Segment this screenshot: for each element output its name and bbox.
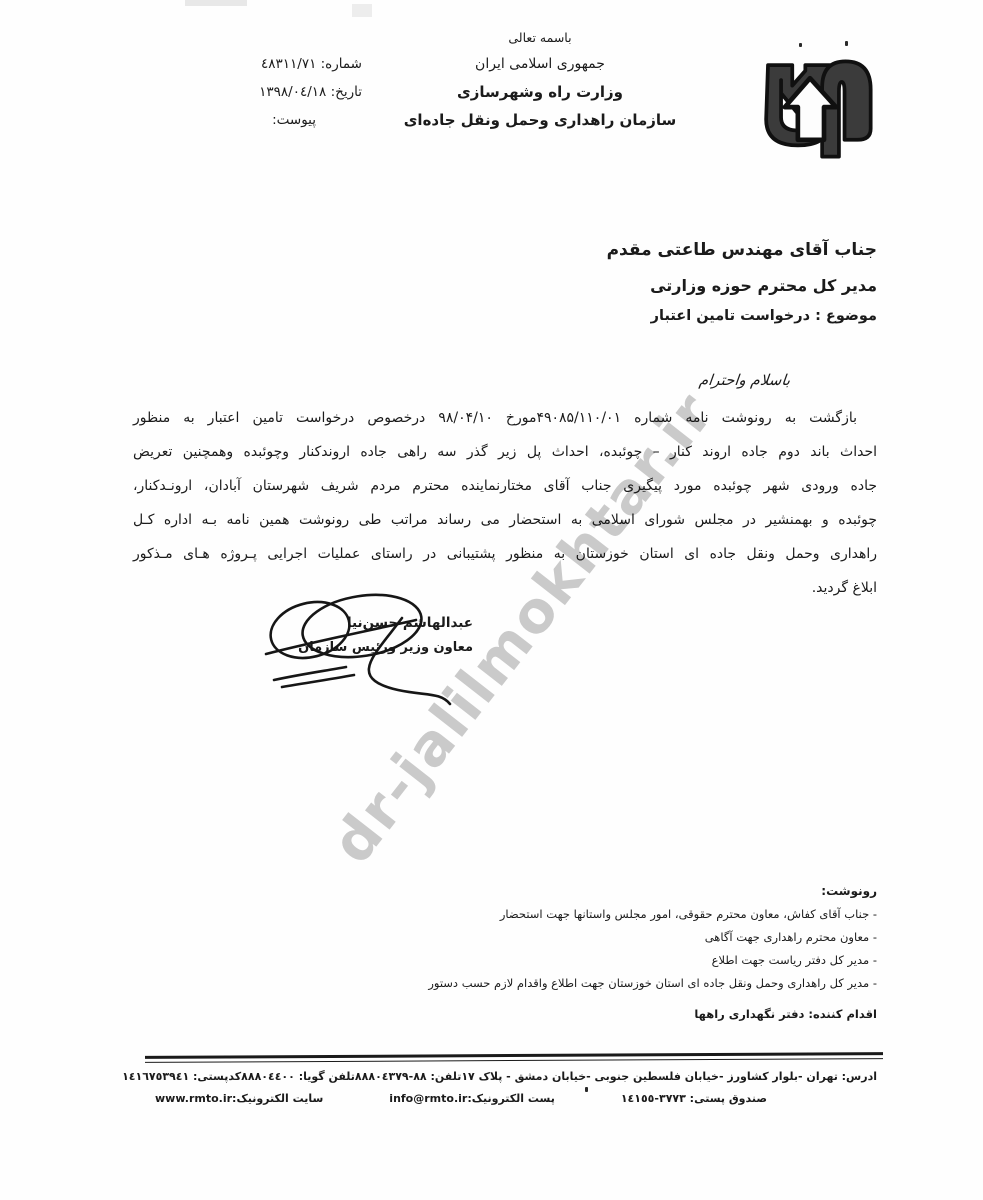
cc-item: - مدیر کل دفتر ریاست جهت اطلاع: [428, 949, 877, 972]
footer-contact-line: ادرس: تهران -بلوار کشاورز -خیابان فلسطین…: [150, 1070, 877, 1083]
rmto-logo-svg: [740, 48, 880, 170]
cc-list: - جناب آقای کفاش، معاون محترم حقوقی، امو…: [428, 903, 877, 995]
scan-smudge: [185, 0, 247, 6]
recipient-name: جناب آقای مهندس طاعتی مقدم: [607, 240, 877, 260]
salutation-text: باسلام واحترام: [698, 371, 791, 389]
body-line: راهداری وحمل ونقل جاده ای استان خوزستان …: [133, 537, 877, 571]
letter-body: بازگشت به رونوشت نامه شماره ۴۹۰۸۵/۱۱۰/۰۱…: [133, 401, 877, 605]
footer-po-box: صندوق پستی: ٣٧٧٣-١٤١٥٥: [621, 1092, 767, 1105]
body-line: جاده ورودی شهر چوئبده مورد پیگیری جناب آ…: [133, 469, 877, 503]
footer-postal-code: کدپستی: ١٤١٦٧٥٣٩٤١: [122, 1070, 241, 1083]
letter-subject: موضوع : درخواست تامین اعتبار: [607, 308, 877, 324]
action-line: اقدام کننده: دفتر نگهداری راهها: [694, 1007, 877, 1021]
body-line: احداث باند دوم جاده اروند کنار – چوئبده،…: [133, 435, 877, 469]
cc-block: رونوشت: - جناب آقای کفاش، معاون محترم حق…: [428, 884, 877, 995]
cc-label: رونوشت:: [428, 884, 877, 898]
cc-item: - جناب آقای کفاش، معاون محترم حقوقی، امو…: [428, 903, 877, 926]
rmto-arrows-logo-icon: [740, 48, 880, 170]
scan-speck: [799, 43, 802, 47]
organization-title: سازمان راهداری وحمل ونقل جاده‌ای: [320, 111, 760, 129]
footer-email: پست الکترونیک:info@rmto.ir: [389, 1092, 555, 1105]
cc-item: - معاون محترم راهداری جهت آگاهی: [428, 926, 877, 949]
recipient-title: مدیر کل محترم حوزه وزارتی: [607, 276, 877, 295]
ministry-title: وزارت راه وشهرسازی: [320, 83, 760, 101]
country-title: جمهوری اسلامی ایران: [320, 56, 760, 72]
body-line: بازگشت به رونوشت نامه شماره ۴۹۰۸۵/۱۱۰/۰۱…: [133, 401, 877, 435]
footer-voice-phone: تلفن گویا: ٨٨٨٠٤٤٠٠: [241, 1070, 355, 1083]
footer-rule-thin: [145, 1058, 883, 1063]
scanned-letter-page: شماره: ٤٨٣١١/٧١ تاریخ: ١٣٩٨/٠٤/١٨ پیوست:…: [0, 0, 983, 1200]
footer-address: ادرس: تهران -بلوار کشاورز -خیابان فلسطین…: [461, 1070, 877, 1083]
letterhead: باسمه تعالی جمهوری اسلامی ایران وزارت را…: [320, 30, 760, 129]
date-value: ١٣٩٨/٠٤/١٨: [259, 84, 326, 100]
footer-phone: تلفن: ٨٨-٨٨٨٠٤٣٧٩: [355, 1070, 461, 1083]
bismillah-text: باسمه تعالی: [320, 30, 760, 45]
scan-smudge: [352, 4, 372, 17]
attachment-label: پیوست:: [150, 112, 316, 128]
cc-item: - مدیر کل راهداری وحمل ونقل جاده ای استا…: [428, 972, 877, 995]
recipient-block: جناب آقای مهندس طاعتی مقدم مدیر کل محترم…: [607, 240, 877, 324]
footer-website: سایت الکترونیک:www.rmto.ir: [155, 1092, 323, 1105]
scan-speck: [845, 41, 848, 46]
footer-web-line: صندوق پستی: ٣٧٧٣-١٤١٥٥ پست الکترونیک:inf…: [155, 1092, 767, 1105]
body-line: چوئبده و بهمنشیر در مجلس شورای اسلامی به…: [133, 503, 877, 537]
number-value: ٤٨٣١١/٧١: [261, 56, 316, 72]
